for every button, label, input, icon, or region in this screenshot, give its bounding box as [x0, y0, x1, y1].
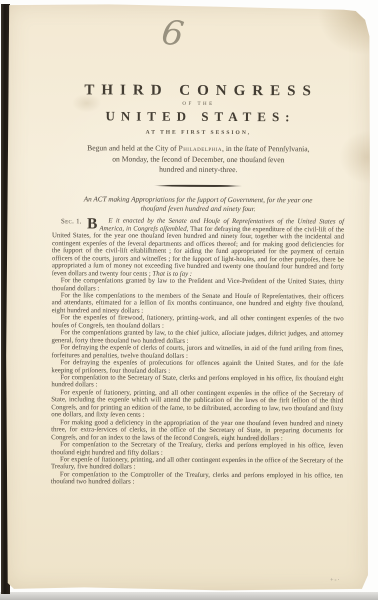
pencil-mark-bottom-right: +-· [330, 577, 340, 583]
masthead-of-the: OF THE [53, 101, 345, 107]
appropriation-paragraph: For the compenſations granted by law, to… [52, 329, 344, 345]
masthead: THIRD CONGRESS OF THE UNITED STATES: AT … [52, 82, 344, 136]
act-body: BSec. 1.E it enacted by the Senate and H… [51, 218, 344, 488]
convening-line-1-end: , in the ſtate of Pennſylvania, [222, 144, 310, 153]
masthead-congress-title: THIRD CONGRESS [58, 82, 345, 100]
appropriation-paragraph: For defraying the expenſe of clerks of c… [51, 344, 343, 360]
act-title-line-2: thouſand ſeven hundred and ninety four. [52, 204, 344, 214]
section-1-text: That for defraying the expenditure of th… [52, 226, 344, 278]
appropriation-paragraph: For making good a deficiency in the appr… [51, 419, 343, 443]
section-1-tail: That is to ſay : [152, 270, 192, 277]
appropriation-paragraph: For defraying the expenſes of proſecutio… [51, 359, 343, 375]
ornamental-rule [141, 184, 255, 187]
appropriation-paragraph: For expenſe of ſtationery, printing, and… [51, 389, 343, 420]
masthead-session-line: AT THE FIRST SESSION, [52, 129, 344, 136]
convening-statement: Begun and held at the City of Philadelph… [52, 143, 344, 176]
masthead-united-states: UNITED STATES: [56, 108, 344, 125]
appropriation-paragraph: For compenſation to the Secretary of Sta… [51, 374, 343, 390]
section-1-label: Sec. 1. [52, 218, 82, 226]
appropriation-paragraph: For the expenſes of firewood, ſtationery… [52, 315, 344, 331]
convening-line-1: Begun and held at the City of Philadelph… [52, 143, 344, 155]
printed-content: THIRD CONGRESS OF THE UNITED STATES: AT … [51, 3, 345, 487]
convening-line-3: hundred and ninety-three. [52, 164, 344, 176]
section-1-paragraph: BSec. 1.E it enacted by the Senate and H… [52, 218, 344, 279]
appropriation-paragraph: For the compenſations granted by law to … [52, 277, 344, 293]
act-title-line-1: An ACT making Appropriations for the ſup… [52, 195, 344, 205]
appropriation-paragraph: For compenſation to the Comptroller of t… [51, 471, 343, 487]
scanner-background-band [0, 592, 378, 600]
convening-city: Philadelphia [178, 144, 222, 153]
act-title: An ACT making Appropriations for the ſup… [52, 195, 344, 214]
appropriation-paragraph: For compenſation to the Secretary of the… [51, 441, 343, 457]
appropriation-paragraph: For the like compenſations to the member… [52, 292, 344, 316]
convening-line-1-start: Begun and held at the City of [87, 143, 178, 152]
appropriation-paragraph: For expenſe of ſtationery, printing, and… [51, 456, 343, 472]
paper-sheet: 6 THIRD CONGRESS OF THE UNITED STATES: A… [4, 3, 371, 592]
